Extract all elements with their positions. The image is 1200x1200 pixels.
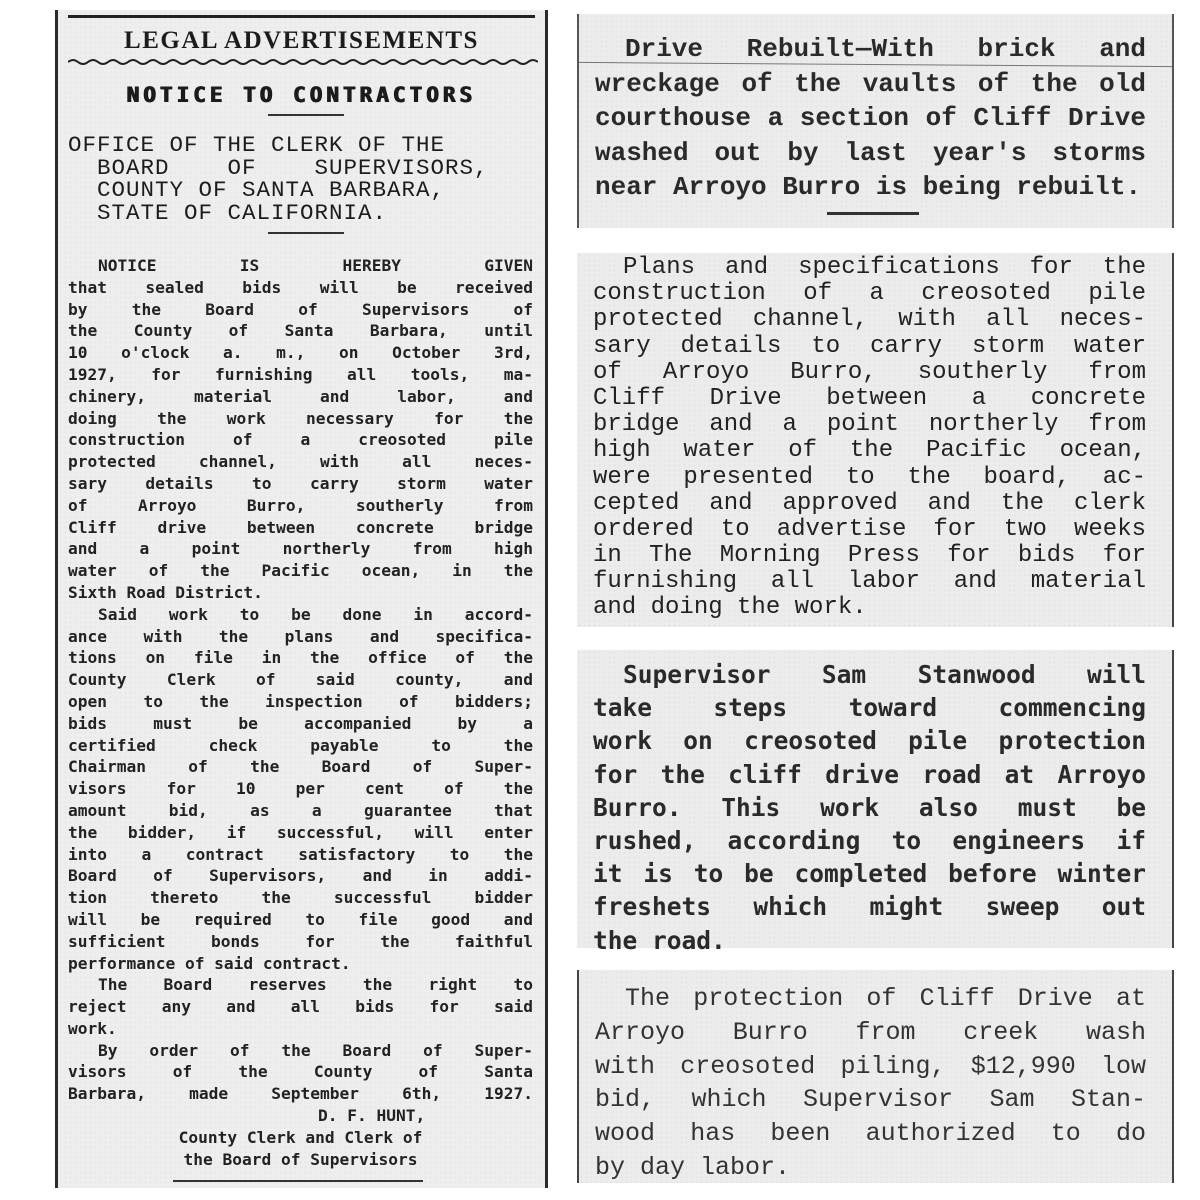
text-line: tions on file in the office of the <box>68 647 533 669</box>
text-line: 10 o'clock a. m., on October 3rd, <box>68 342 533 364</box>
text-line: certified check payable to the <box>68 735 533 757</box>
text-line: of Arroyo Burro, southerly from <box>68 495 533 517</box>
text-line: chinery, material and labor, and <box>68 386 533 408</box>
text-line: Cliff drive between concrete bridge <box>68 517 533 539</box>
masthead-heading: LEGAL ADVERTISEMENTS <box>58 27 545 55</box>
text-line: doing the work necessary for the <box>68 408 533 430</box>
text-line: construction of a creosoted pile <box>68 429 533 451</box>
clipping-text: Drive Rebuilt—With brick andwreckage of … <box>595 32 1146 205</box>
text-line: Cliff Drive between a concrete <box>593 386 1146 412</box>
text-line: for the cliff drive road at Arroyo <box>593 758 1146 791</box>
office-line: STATE OF CALIFORNIA. <box>68 202 533 225</box>
text-line: By order of the Board of Super- <box>68 1040 533 1062</box>
end-rule <box>173 1180 423 1182</box>
clipping-protection-low-bid: The protection of Cliff Drive atArroyo B… <box>577 970 1174 1183</box>
text-line: NOTICE IS HEREBY GIVEN <box>68 255 533 277</box>
text-line: Supervisor Sam Stanwood will <box>593 658 1146 691</box>
text-line: Drive Rebuilt—With brick and <box>595 32 1146 67</box>
text-line: County Clerk and Clerk of <box>68 1127 533 1149</box>
clipping-drive-rebuilt: Drive Rebuilt—With brick andwreckage of … <box>577 14 1174 228</box>
text-line: and doing the work. <box>593 595 1146 621</box>
text-line: protected channel, with all neces- <box>593 307 1146 333</box>
text-line: Burro. This work also must be <box>593 791 1146 824</box>
short-rule <box>268 114 344 116</box>
text-line: washed out by last year's storms <box>595 136 1146 171</box>
text-line: that sealed bids will be received <box>68 277 533 299</box>
clipping-text: Plans and specifications for theconstruc… <box>593 255 1146 622</box>
text-line: of Arroyo Burro, southerly from <box>593 360 1146 386</box>
text-line: into a contract satisfactory to the <box>68 844 533 866</box>
text-line: sary details to carry storm water <box>68 473 533 495</box>
clipping-supervisor-stanwood: Supervisor Sam Stanwood willtake steps t… <box>577 650 1174 948</box>
clipping-text: Supervisor Sam Stanwood willtake steps t… <box>593 658 1146 957</box>
text-line: furnishing all labor and material <box>593 569 1146 595</box>
text-line: bid, which Supervisor Sam Stan- <box>595 1083 1146 1117</box>
text-line: visors for 10 per cent of the <box>68 778 533 800</box>
text-line: performance of said contract. <box>68 953 533 975</box>
text-line: open to the inspection of bidders; <box>68 691 533 713</box>
text-line: freshets which might sweep out <box>593 890 1146 923</box>
text-line: The Board reserves the right to <box>68 974 533 996</box>
text-line: Sixth Road District. <box>68 582 533 604</box>
text-line: ance with the plans and specifica- <box>68 626 533 648</box>
text-line: water of the Pacific ocean, in the <box>68 560 533 582</box>
text-line: amount bid, as a guarantee that <box>68 800 533 822</box>
text-line: the County of Santa Barbara, until <box>68 320 533 342</box>
top-rule <box>68 15 535 18</box>
text-line: it is to be completed before winter <box>593 857 1146 890</box>
text-line: bridge and a point northerly from <box>593 412 1146 438</box>
text-line: construction of a creosoted pile <box>593 281 1146 307</box>
text-line: Barbara, made September 6th, 1927. <box>68 1083 533 1105</box>
text-line: in The Morning Press for bids for <box>593 543 1146 569</box>
clipping-text: The protection of Cliff Drive atArroyo B… <box>595 982 1146 1185</box>
text-line: County Clerk of said county, and <box>68 669 533 691</box>
text-line: Said work to be done in accord- <box>68 604 533 626</box>
text-line: sary details to carry storm water <box>593 334 1146 360</box>
short-rule <box>827 212 919 215</box>
text-line: cepted and approved and the clerk <box>593 491 1146 517</box>
text-line: the Board of Supervisors <box>68 1149 533 1171</box>
text-line: Arroyo Burro from creek wash <box>595 1016 1146 1050</box>
text-line: sufficient bonds for the faithful <box>68 931 533 953</box>
text-line: Chairman of the Board of Super- <box>68 756 533 778</box>
text-line: will be required to file good and <box>68 909 533 931</box>
text-line: D. F. HUNT, <box>68 1105 533 1127</box>
text-line: reject any and all bids for said <box>68 996 533 1018</box>
office-heading: OFFICE OF THE CLERK OF THE BOARD OF SUPE… <box>68 134 533 224</box>
text-line: work. <box>68 1018 533 1040</box>
text-line: work on creosoted pile protection <box>593 724 1146 757</box>
text-line: by day labor. <box>595 1151 1146 1185</box>
wavy-divider <box>68 58 538 66</box>
clipping-plans-and-specifications: Plans and specifications for theconstruc… <box>577 253 1174 627</box>
text-line: with creosoted piling, $12,990 low <box>595 1050 1146 1084</box>
notice-title: NOTICE TO CONTRACTORS <box>58 83 545 107</box>
text-line: wreckage of the vaults of the old <box>595 67 1146 102</box>
text-line: The protection of Cliff Drive at <box>595 982 1146 1016</box>
text-line: courthouse a section of Cliff Drive <box>595 101 1146 136</box>
text-line: wood has been authorized to do <box>595 1117 1146 1151</box>
text-line: and a point northerly from high <box>68 538 533 560</box>
text-line: 1927, for furnishing all tools, ma- <box>68 364 533 386</box>
text-line: were presented to the board, ac- <box>593 465 1146 491</box>
text-line: near Arroyo Burro is being rebuilt. <box>595 170 1146 205</box>
text-line: the road. <box>593 924 1146 957</box>
text-line: ordered to advertise for two weeks <box>593 517 1146 543</box>
short-rule <box>268 232 344 234</box>
office-line: COUNTY OF SANTA BARBARA, <box>68 179 533 202</box>
text-line: by the Board of Supervisors of <box>68 299 533 321</box>
text-line: tion thereto the successful bidder <box>68 887 533 909</box>
office-line: BOARD OF SUPERVISORS, <box>68 157 533 180</box>
legal-advertisement-clipping: LEGAL ADVERTISEMENTS NOTICE TO CONTRACTO… <box>55 10 548 1188</box>
text-line: high water of the Pacific ocean, <box>593 438 1146 464</box>
text-line: visors of the County of Santa <box>68 1061 533 1083</box>
office-line: OFFICE OF THE CLERK OF THE <box>68 134 533 157</box>
text-line: Board of Supervisors, and in addi- <box>68 865 533 887</box>
text-line: the bidder, if successful, will enter <box>68 822 533 844</box>
text-line: rushed, according to engineers if <box>593 824 1146 857</box>
text-line: protected channel, with all neces- <box>68 451 533 473</box>
text-line: take steps toward commencing <box>593 691 1146 724</box>
notice-body: NOTICE IS HEREBY GIVENthat sealed bids w… <box>68 255 533 1170</box>
text-line: Plans and specifications for the <box>593 255 1146 281</box>
text-line: bids must be accompanied by a <box>68 713 533 735</box>
